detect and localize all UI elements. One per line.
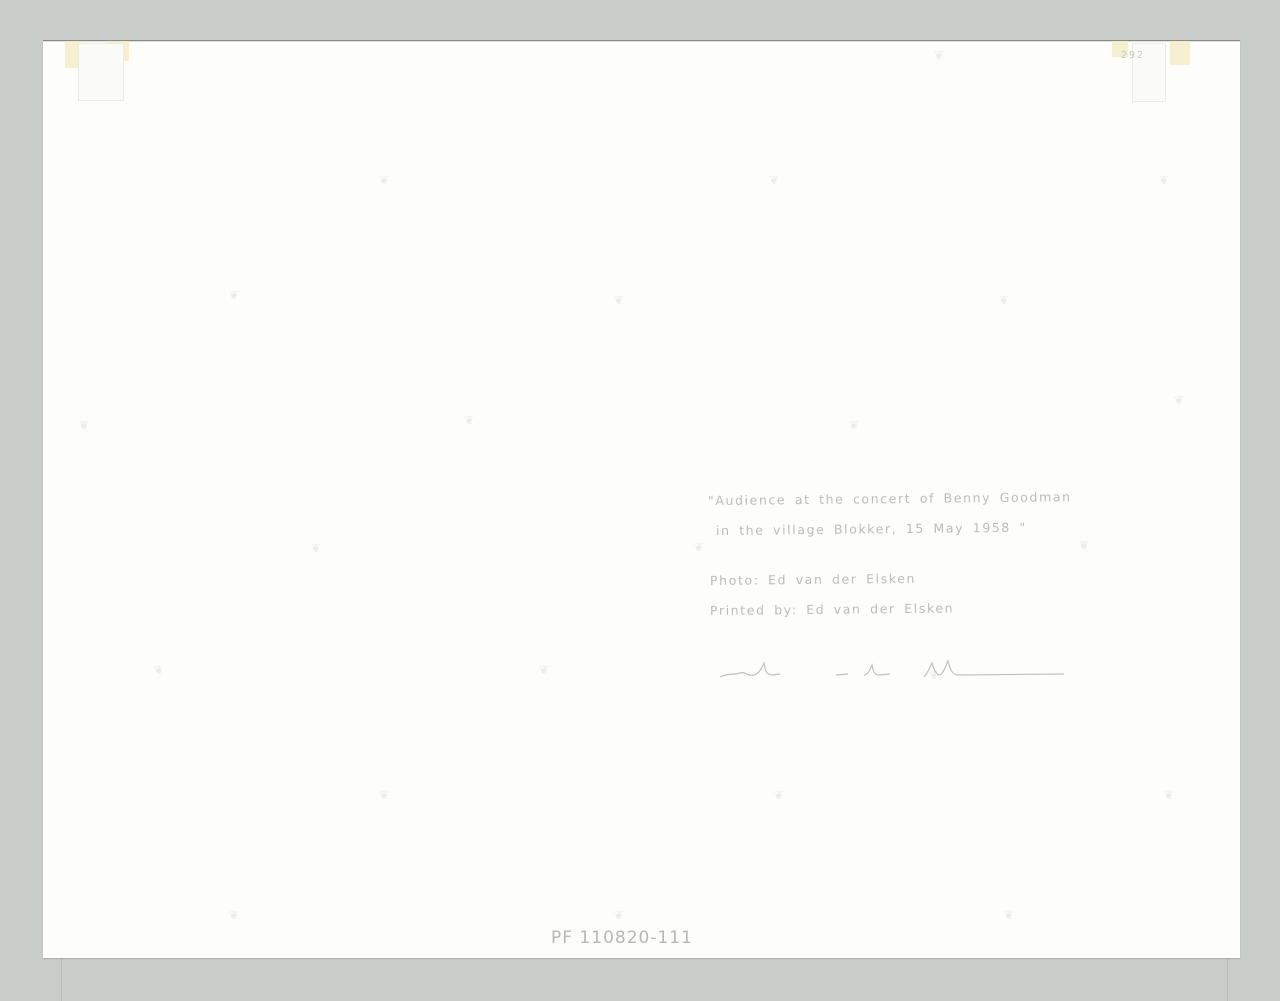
paper-watermark-icon: ❦ [1153,171,1175,189]
printed-by: Printed by: Ed van der Elsken [710,600,954,618]
scan-seam-right [1227,958,1228,1001]
inventory-number: PF 110820-111 [551,928,693,948]
photo-verso-paper: 292 ❦ ❦ ❦ ❦ ❦ ❦ ❦ ❦ ❦ ❦ ❦ ❦ ❦ ❦ ❦ ❦ ❦ ❦ … [43,41,1240,958]
paper-hinge [78,43,124,101]
paper-watermark-icon: ❦ [373,786,395,804]
paper-watermark-icon: ❦ [458,411,480,429]
paper-watermark-icon: ❦ [148,661,170,679]
paper-watermark-icon: ❦ [763,171,785,189]
paper-watermark-icon: ❦ [373,171,395,189]
caption-line-2: in the village Blokker, 15 May 1958 " [716,520,1027,538]
corner-number: 292 [1121,50,1145,61]
paper-watermark-icon: ❦ [688,538,710,556]
paper-watermark-icon: ❦ [843,416,865,434]
paper-watermark-icon: ❦ [768,786,790,804]
paper-watermark-icon: ❦ [223,286,245,304]
paper-watermark-icon: ❦ [533,661,555,679]
paper-watermark-icon: ❦ [305,539,327,557]
tape-hinge-icon [1170,41,1190,65]
scan-seam-left [61,958,62,1001]
paper-watermark-icon: ❦ [608,291,630,309]
paper-watermark-icon: ❦ [1073,536,1095,554]
paper-top-edge [43,40,1240,42]
paper-watermark-icon: ❦ [73,416,95,434]
paper-watermark-icon: ❦ [223,906,245,924]
photo-credit: Photo: Ed van der Elsken [710,571,916,588]
paper-watermark-icon: ❦ [608,906,630,924]
caption-line-1: "Audience at the concert of Benny Goodma… [708,489,1072,508]
paper-watermark-icon: ❦ [993,291,1015,309]
paper-watermark-icon: ❦ [998,906,1020,924]
paper-watermark-icon: ❦ [1168,391,1190,409]
signature-scribble [718,655,1068,685]
paper-watermark-icon: ❦ [1158,786,1180,804]
paper-watermark-icon: ❦ [928,46,950,64]
